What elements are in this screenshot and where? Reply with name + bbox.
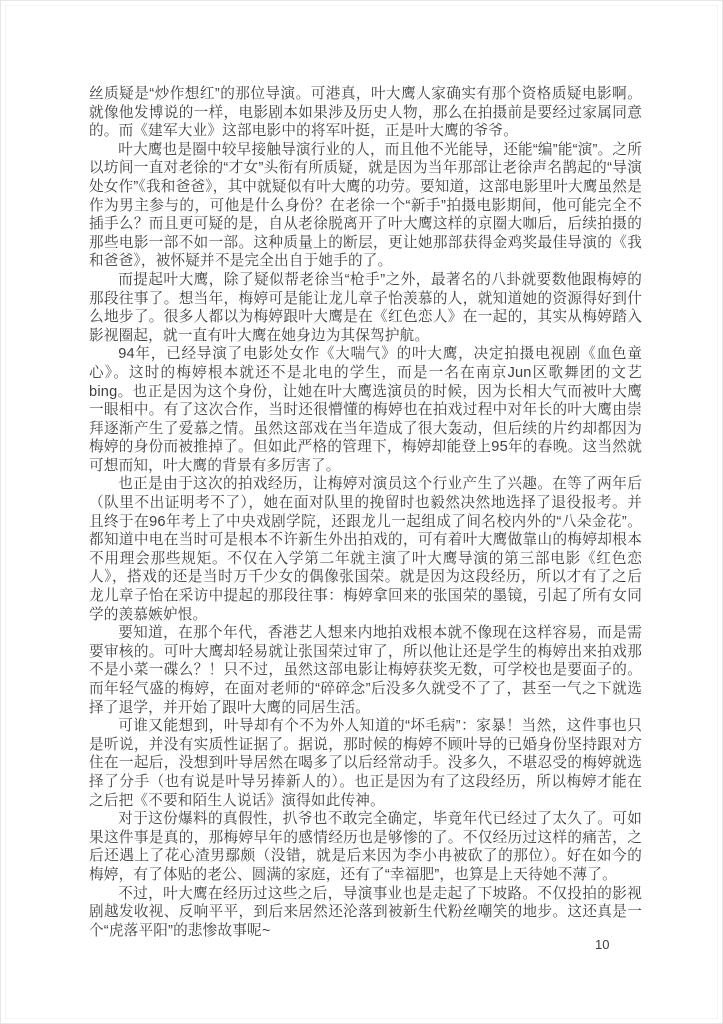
paragraph: 94年，已经导演了电影处女作《大喘气》的叶大鹰，决定拍摄电视剧《血色童心》。这时… xyxy=(89,345,642,475)
paragraph: 不过，叶大鹰在经历过这些之后，导演事业也是走起了下坡路。不仅投拍的影视剧越发收视… xyxy=(89,885,642,941)
document-page: 丝质疑是“炒作想红”的那位导演。可港真，叶大鹰人家确实有那个资格质疑电影啊。就像… xyxy=(0,0,723,1024)
article-body: 丝质疑是“炒作想红”的那位导演。可港真，叶大鹰人家确实有那个资格质疑电影啊。就像… xyxy=(89,85,642,940)
paragraph: 而提起叶大鹰，除了疑似帮老徐当“枪手”之外，最著名的八卦就要数他跟梅婷的那段往事… xyxy=(89,271,642,345)
paragraph: 对于这份爆料的真假性，扒爷也不敢完全确定，毕竟年代已经过了太久了。可如果这件事是… xyxy=(89,810,642,884)
paragraph: 丝质疑是“炒作想红”的那位导演。可港真，叶大鹰人家确实有那个资格质疑电影啊。就像… xyxy=(89,85,642,141)
paragraph: 叶大鹰也是圈中较早接触导演行业的人，而且他不光能导，还能“编”能“演”。之所以坊… xyxy=(89,141,642,271)
paragraph: 也正是由于这次的拍戏经历，让梅婷对演员这个行业产生了兴趣。在等了两年后（队里不出… xyxy=(89,475,642,624)
paragraph: 可谁又能想到，叶导却有个不为外人知道的“坏毛病”：家暴！当然，这件事也只是听说，… xyxy=(89,717,642,810)
paragraph: 要知道，在那个年代，香港艺人想来内地拍戏根本就不像现在这样容易，而是需要审核的。… xyxy=(89,624,642,717)
page-number: 10 xyxy=(595,937,609,953)
